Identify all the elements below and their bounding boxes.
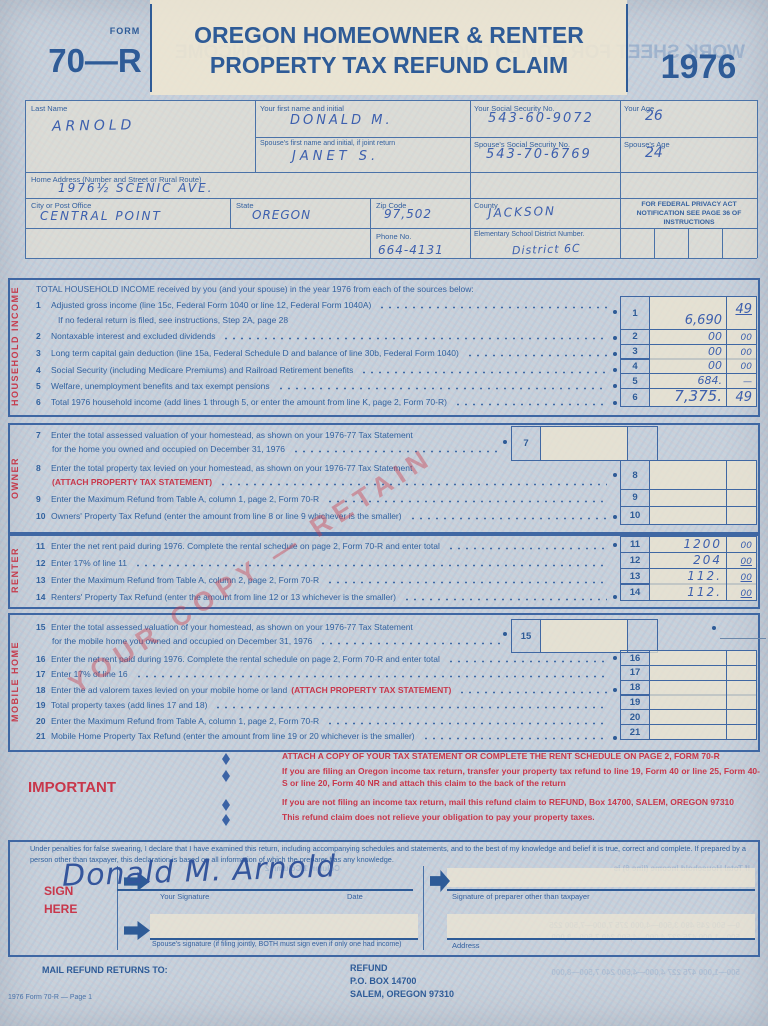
spouse-ssn-value: 543-70-6769: [486, 147, 592, 162]
dollars-cell: [649, 681, 726, 695]
sign-here-label-2: HERE: [44, 902, 77, 916]
blank-strip: [447, 868, 755, 887]
row-bullet: [613, 310, 617, 314]
amount-row: 1 6,690 49: [620, 296, 757, 330]
your-signature-label: Your Signature: [160, 892, 209, 901]
line-number: 7: [36, 430, 51, 441]
row-number: 20: [621, 710, 649, 724]
cents-cell: 49: [726, 389, 756, 406]
row-number: 21: [621, 725, 649, 739]
row-bullet: [613, 473, 617, 477]
income-amount-grid: 1 6,690 49 2 00 00 3 00 00 4 00 00 5 684…: [620, 296, 757, 407]
cents-cell: [627, 620, 657, 652]
renter-amount-grid: 11 1200 00 12 204 00 13 112. 00 14 112. …: [620, 536, 757, 601]
line-number: 18: [36, 685, 51, 696]
dollars-value: 00: [708, 359, 722, 372]
cents-cell: 00: [726, 345, 756, 359]
row-number: 9: [621, 490, 649, 506]
row-number: 6: [621, 389, 649, 406]
dot-leader: [214, 706, 607, 709]
row-number: 11: [621, 537, 649, 552]
cents-value: 00: [741, 557, 752, 567]
cents-cell: [726, 710, 756, 724]
line-text: Total 1976 household income (add lines 1…: [51, 397, 447, 408]
mobile-line-15: 15 Enter the total assessed valuation of…: [36, 622, 505, 633]
mobile-line-18: 18 Enter the ad valorem taxes levied on …: [36, 685, 612, 696]
dot-leader: [326, 581, 607, 584]
amount-row: 20: [620, 709, 757, 725]
address-line: [447, 938, 755, 940]
dollars-cell: 112.: [649, 584, 726, 600]
divider: [25, 198, 757, 199]
cents-cell: 00: [726, 569, 756, 584]
owner-line-9: 9 Enter the Maximum Refund from Table A,…: [36, 494, 612, 505]
row-number: 13: [621, 569, 649, 584]
owner-side-label: OWNER: [10, 438, 20, 518]
cents-value: —: [743, 377, 752, 387]
important-bullet-2: If you are filing an Oregon income tax r…: [282, 765, 760, 790]
line-text: Enter the total assessed valuation of yo…: [51, 430, 413, 441]
renter-line-14: 14 Renters' Property Tax Refund (enter t…: [36, 592, 612, 603]
first-name-value: DONALD M.: [290, 113, 393, 128]
ghost-bleedthrough-text: 500—1,000 475 227 4,000—4,500 240 7,500—…: [180, 968, 740, 977]
row-number: 10: [621, 507, 649, 524]
dollars-cell: [649, 490, 726, 506]
line-number: 13: [36, 575, 51, 586]
dollars-cell: 00: [649, 359, 726, 373]
line-number: 20: [36, 716, 51, 727]
amount-row: 14 112. 00: [620, 583, 757, 601]
line-number: 11: [36, 541, 51, 552]
dot-leader: [319, 642, 500, 645]
attach-statement-note: (ATTACH PROPERTY TAX STATEMENT): [52, 477, 212, 488]
line-number: 5: [36, 381, 51, 392]
cents-value: 00: [741, 348, 752, 358]
phone-label: Phone No.: [376, 232, 411, 241]
income-line-6: 6 Total 1976 household income (add lines…: [36, 397, 612, 408]
row-number: 2: [621, 330, 649, 344]
dollars-value: 00: [708, 345, 722, 358]
cents-cell: [726, 725, 756, 739]
line-text: Enter the Maximum Refund from Table A, c…: [51, 494, 319, 505]
mail-address-line2: P.O. BOX 14700: [350, 976, 416, 986]
dollars-cell: [649, 725, 726, 739]
dollars-cell: 1200: [649, 537, 726, 552]
cents-value: 00: [741, 541, 752, 551]
income-line-1-note: If no federal return is filed, see instr…: [58, 315, 288, 325]
mail-address-line1: REFUND: [350, 963, 388, 973]
dollars-value: 6,690: [685, 313, 722, 328]
dollars-cell: [649, 461, 726, 489]
city-value: CENTRAL POINT: [40, 209, 162, 223]
cents-cell: [726, 695, 756, 709]
row-number: 12: [621, 553, 649, 568]
household-income-side-label: HOUSEHOLD INCOME: [10, 283, 20, 408]
row-bullet: [503, 440, 507, 444]
form-label: FORM: [100, 26, 150, 36]
amount-row: 15: [511, 619, 658, 653]
dot-leader: [378, 306, 607, 309]
mobile-line-21: 21 Mobile Home Property Tax Refund (ente…: [36, 731, 612, 742]
amount-row: 2 00 00: [620, 329, 757, 345]
divider: [255, 100, 256, 172]
spouse-age-value: 24: [645, 145, 663, 161]
cents-cell: 00: [726, 584, 756, 600]
divider: [370, 198, 371, 258]
line-text: for the mobile home you owned and occupi…: [52, 636, 312, 647]
cents-value: 49: [735, 390, 752, 405]
form-title-line2: PROPERTY TAX REFUND CLAIM: [155, 52, 623, 79]
line-number: 2: [36, 331, 51, 342]
cents-value: 00: [741, 589, 752, 599]
row-bullet: [613, 401, 617, 405]
dollars-cell: 00: [649, 345, 726, 359]
divider: [25, 100, 757, 101]
dot-leader: [292, 450, 500, 453]
dot-leader: [447, 547, 607, 550]
mobile-line-15-box: 15: [511, 619, 658, 653]
amount-row: 17: [620, 665, 757, 681]
line-text: Nontaxable interest and excluded dividen…: [51, 331, 215, 342]
age-value: 26: [645, 108, 663, 124]
row-number: 4: [621, 359, 649, 373]
home-address-value: 1976½ SCENIC AVE.: [58, 181, 214, 195]
date-label: Date: [347, 892, 363, 901]
blank-strip: [150, 914, 418, 938]
cents-cell: [726, 461, 756, 489]
state-value: OREGON: [252, 208, 311, 222]
ssn-value: 543-60-9072: [488, 111, 594, 126]
divider: [25, 258, 757, 259]
row-bullet: [613, 595, 617, 599]
row-number: 17: [621, 666, 649, 680]
dollars-cell: [649, 651, 726, 665]
income-line-5: 5 Welfare, unemployment benefits and tax…: [36, 381, 612, 392]
amount-row: 19: [620, 694, 757, 710]
line-number: 8: [36, 463, 51, 474]
amount-row: 9: [620, 489, 757, 507]
state-label: State: [236, 201, 254, 210]
row-number: 15: [512, 620, 540, 652]
amount-row: 7: [511, 426, 658, 461]
amount-row: 11 1200 00: [620, 536, 757, 553]
preparer-label: Signature of preparer other than taxpaye…: [452, 892, 590, 901]
form-number: 70—R: [40, 42, 150, 80]
household-income-intro: TOTAL HOUSEHOLD INCOME received by you (…: [36, 284, 474, 294]
diamond-bullet-icon: [222, 814, 230, 826]
income-line-1: 1 Adjusted gross income (line 15c, Feder…: [36, 300, 612, 311]
stray-mark: [712, 626, 716, 630]
amount-row: 8: [620, 460, 757, 490]
cents-value: 00: [741, 333, 752, 343]
divider: [470, 100, 471, 258]
line-number: 10: [36, 511, 51, 522]
row-number: 16: [621, 651, 649, 665]
line-text: Enter the Maximum Refund from Table A, c…: [51, 716, 319, 727]
diamond-bullet-icon: [222, 799, 230, 811]
form-year: 1976: [636, 48, 761, 87]
amount-row: 6 7,375. 49: [620, 388, 757, 407]
address-label: Address: [452, 941, 480, 950]
owner-line-8b: (ATTACH PROPERTY TAX STATEMENT): [52, 477, 612, 488]
phone-value: 664-4131: [378, 243, 444, 257]
row-bullet: [613, 656, 617, 660]
dollars-cell: 6,690: [649, 297, 726, 329]
important-bullet-4: This refund claim does not relieve your …: [282, 812, 760, 823]
last-name-label: Last Name: [31, 104, 67, 113]
line-text: Enter the total property tax levied on y…: [51, 463, 412, 474]
cents-cell: [726, 651, 756, 665]
cents-value: 00: [741, 362, 752, 372]
row-bullet: [613, 543, 617, 547]
line-number: 3: [36, 348, 51, 359]
line-number: 4: [36, 365, 51, 376]
dollars-value: 684.: [698, 374, 723, 387]
divider: [230, 198, 231, 228]
cents-value: 49: [735, 302, 752, 317]
line-number: 6: [36, 397, 51, 408]
mobile-amount-grid: 16 17 18 19 20 21: [620, 650, 757, 740]
divider: [620, 100, 621, 258]
line-number: 1: [36, 300, 51, 311]
mail-address-line3: SALEM, OREGON 97310: [350, 989, 454, 999]
amount-row: 16: [620, 650, 757, 666]
dot-leader: [458, 691, 607, 694]
divider: [150, 4, 152, 92]
owner-line-8: 8 Enter the total property tax levied on…: [36, 463, 612, 474]
line-text: Welfare, unemployment benefits and tax e…: [51, 381, 270, 392]
dot-leader: [409, 517, 607, 520]
row-number: 18: [621, 681, 649, 695]
important-bullet-3: If you are not filing an income tax retu…: [282, 797, 760, 808]
school-district-value: District 6C: [512, 242, 581, 257]
divider: [722, 228, 723, 258]
amount-row: 3 00 00: [620, 344, 757, 360]
dot-leader: [403, 598, 607, 601]
line-number: 19: [36, 700, 51, 711]
dollars-cell: [649, 695, 726, 709]
dot-leader: [454, 403, 607, 406]
divider: [255, 137, 757, 138]
line-text: for the home you owned and occupied on D…: [52, 444, 285, 455]
amount-row: 4 00 00: [620, 358, 757, 374]
line-text: Mobile Home Property Tax Refund (enter t…: [51, 731, 415, 742]
dollars-value: 204: [693, 553, 722, 567]
divider: [626, 4, 628, 92]
attach-statement-note: (ATTACH PROPERTY TAX STATEMENT): [291, 685, 451, 696]
dollars-cell: 00: [649, 330, 726, 344]
renter-side-label: RENTER: [10, 541, 20, 599]
dollars-value: 112.: [687, 569, 722, 583]
divider: [423, 866, 424, 950]
income-line-2: 2 Nontaxable interest and excluded divid…: [36, 331, 612, 342]
cents-cell: 00: [726, 553, 756, 568]
zip-value: 97,502: [384, 207, 432, 221]
divider: [688, 228, 689, 258]
dollars-value: 1200: [683, 537, 722, 551]
mobile-line-19: 19 Total property taxes (add lines 17 an…: [36, 700, 612, 711]
cents-cell: 49: [726, 297, 756, 329]
row-bullet: [613, 736, 617, 740]
line-number: 17: [36, 669, 51, 680]
dot-leader: [466, 354, 607, 357]
scanned-tax-form-page: WORK SHEET FOR COMPUTING TOTAL HOUSEHOLD…: [0, 0, 768, 1026]
dollars-cell: [649, 507, 726, 524]
spouse-signature-line: [150, 938, 418, 940]
dot-leader: [326, 722, 607, 725]
cents-cell: 00: [726, 330, 756, 344]
amount-row: 12 204 00: [620, 552, 757, 569]
row-number: 19: [621, 695, 649, 709]
dollars-cell: [649, 666, 726, 680]
amount-row: 18: [620, 680, 757, 696]
dot-leader: [447, 660, 607, 663]
dollars-cell: [540, 427, 627, 460]
dollars-cell: 112.: [649, 569, 726, 584]
owner-amount-grid: 8 9 10: [620, 460, 757, 525]
line-number: 16: [36, 654, 51, 665]
owner-line-7: 7 Enter the total assessed valuation of …: [36, 430, 505, 441]
dollars-cell: 7,375.: [649, 389, 726, 406]
income-line-4: 4 Social Security (including Medicare Pr…: [36, 365, 612, 376]
line-number: 14: [36, 592, 51, 603]
renter-line-11: 11 Enter the net rent paid during 1976. …: [36, 541, 612, 552]
mobile-home-side-label: MOBILE HOME: [10, 624, 20, 739]
row-number: 5: [621, 374, 649, 388]
cents-cell: [726, 507, 756, 524]
spouse-first-name-label: Spouse's first name and initial, if join…: [260, 140, 395, 147]
dollars-value: 112.: [687, 585, 722, 599]
amount-row: 10: [620, 506, 757, 525]
line-text: Enter the total assessed valuation of yo…: [51, 622, 413, 633]
important-bullet-1: ATTACH A COPY OF YOUR TAX STATEMENT OR C…: [282, 751, 760, 762]
important-label: IMPORTANT: [28, 779, 116, 796]
row-bullet: [503, 632, 507, 636]
row-number: 3: [621, 345, 649, 359]
page-footer-label: 1976 Form 70-R — Page 1: [8, 994, 92, 1001]
line-number: 21: [36, 731, 51, 742]
divider: [25, 228, 757, 229]
cents-cell: 00: [726, 537, 756, 552]
line-text: Adjusted gross income (line 15c, Federal…: [51, 300, 371, 311]
dollars-cell: [540, 620, 627, 652]
cents-cell: [726, 681, 756, 695]
row-bullet: [613, 336, 617, 340]
county-value: JACKSON: [488, 204, 556, 220]
dot-leader: [422, 737, 607, 740]
first-name-label: Your first name and initial: [260, 104, 344, 113]
row-number: 1: [621, 297, 649, 329]
dollars-value: 00: [708, 330, 722, 343]
line-text: Enter the net rent paid during 1976. Com…: [51, 541, 440, 552]
cents-cell: —: [726, 374, 756, 388]
dot-leader: [360, 371, 607, 374]
amount-row: 13 112. 00: [620, 568, 757, 585]
preparer-signature-line: [447, 889, 755, 891]
dollars-value: 7,375.: [674, 387, 722, 405]
row-bullet: [613, 352, 617, 356]
renter-line-12: 12 Enter 17% of line 11: [36, 558, 612, 569]
divider: [757, 100, 758, 258]
mobile-line-20: 20 Enter the Maximum Refund from Table A…: [36, 716, 612, 727]
owner-line-7b: for the home you owned and occupied on D…: [52, 444, 505, 455]
diamond-bullet-icon: [222, 770, 230, 782]
cents-cell: [627, 427, 657, 460]
privacy-act-note: FOR FEDERAL PRIVACY ACT NOTIFICATION SEE…: [624, 201, 754, 227]
renter-line-13: 13 Enter the Maximum Refund from Table A…: [36, 575, 612, 586]
row-bullet: [613, 384, 617, 388]
last-name-value: ARNOLD: [52, 117, 136, 134]
line-text: Total property taxes (add lines 17 and 1…: [51, 700, 207, 711]
dot-leader: [222, 337, 607, 340]
line-number: 15: [36, 622, 51, 633]
cents-cell: [726, 490, 756, 506]
line-text: Enter 17% of line 11: [51, 558, 127, 569]
line-text: Enter the Maximum Refund from Table A, c…: [51, 575, 319, 586]
line-text: Social Security (including Medicare Prem…: [51, 365, 353, 376]
line-text: Long term capital gain deduction (line 1…: [51, 348, 459, 359]
blank-strip: [447, 914, 755, 938]
cents-cell: [726, 666, 756, 680]
dot-leader: [134, 564, 607, 567]
mail-returns-label: MAIL REFUND RETURNS TO:: [42, 965, 168, 975]
line-number: 12: [36, 558, 51, 569]
diamond-bullet-icon: [222, 753, 230, 765]
row-number: 8: [621, 461, 649, 489]
row-number: 14: [621, 584, 649, 600]
dollars-cell: [649, 710, 726, 724]
stray-line: [720, 638, 766, 639]
divider: [654, 228, 655, 258]
divider: [25, 100, 26, 258]
income-line-3: 3 Long term capital gain deduction (line…: [36, 348, 612, 359]
form-title-line1: OREGON HOMEOWNER & RENTER: [155, 22, 623, 49]
row-number: 7: [512, 427, 540, 460]
divider: [25, 172, 757, 173]
row-bullet: [613, 515, 617, 519]
line-number: 9: [36, 494, 51, 505]
spouse-signature-label: Spouse's signature (if filing jointly, B…: [152, 941, 401, 948]
amount-row: 21: [620, 724, 757, 740]
spouse-first-name-value: JANET S.: [292, 149, 379, 164]
dot-leader: [277, 387, 607, 390]
dollars-cell: 204: [649, 553, 726, 568]
owner-line-7-box: 7: [511, 426, 658, 461]
row-bullet: [613, 368, 617, 372]
school-district-label: Elementary School District Number.: [474, 231, 599, 239]
dot-leader: [135, 675, 607, 678]
cents-value: 00: [741, 573, 752, 583]
cents-cell: 00: [726, 359, 756, 373]
row-bullet: [613, 688, 617, 692]
